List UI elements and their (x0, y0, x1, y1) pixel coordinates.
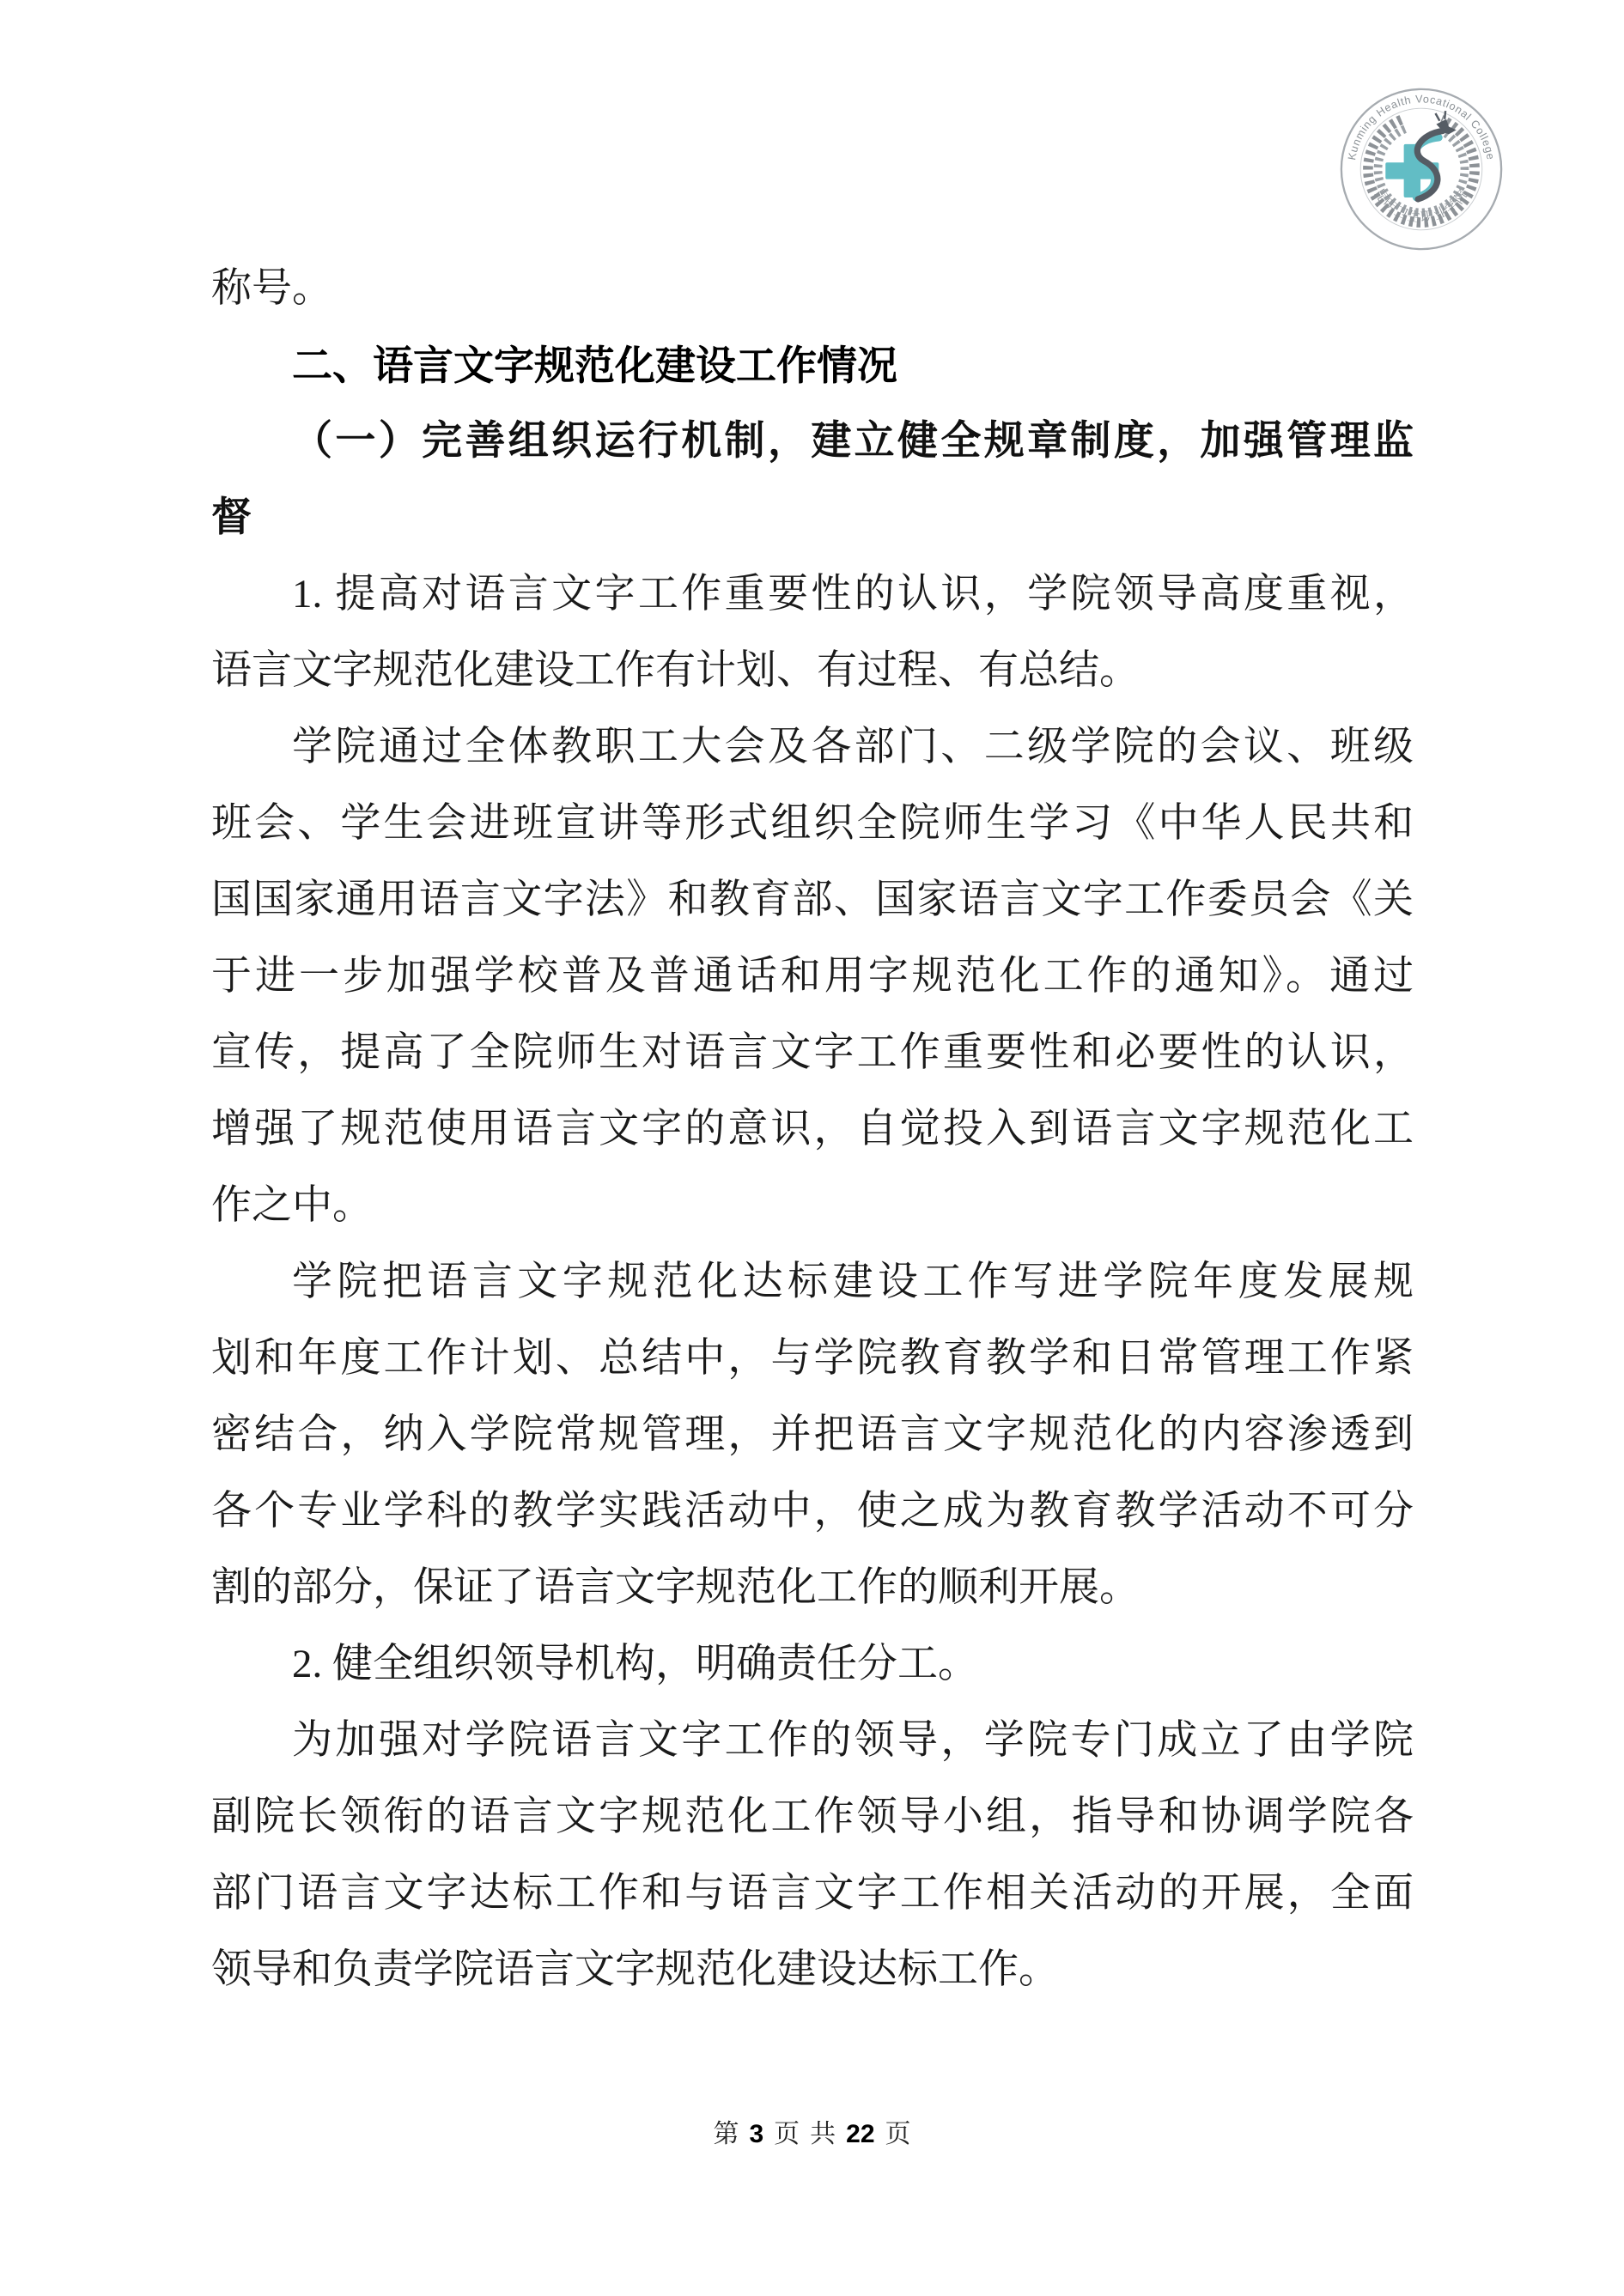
document-body: 称号。二、语言文字规范化建设工作情况（一）完善组织运行机制，建立健全规章制度，加… (211, 251, 1414, 2008)
text-line: 二、语言文字规范化建设工作情况 (211, 327, 1414, 404)
text-line: 称号。 (211, 251, 1414, 327)
paragraph: 学院把语言文字规范化达标建设工作写进学院年度发展规划和年度工作计划、总结中，与学… (211, 1244, 1414, 1626)
text-line: 划和年度工作计划、总结中，与学院教育教学和日常管理工作紧 (211, 1321, 1414, 1397)
subsection-heading: （一）完善组织运行机制，建立健全规章制度，加强管理监督 (211, 404, 1414, 556)
section-heading: 二、语言文字规范化建设工作情况 (211, 327, 1414, 404)
college-logo: Kunming Health Vocational College 昆明卫生职业… (1338, 86, 1505, 252)
footer-prefix: 第 (713, 2120, 739, 2148)
footer-label-total: 共 (810, 2120, 836, 2148)
college-logo-svg: Kunming Health Vocational College 昆明卫生职业… (1338, 86, 1505, 252)
paragraph: 2. 健全组织领导机构，明确责任分工。 (211, 1626, 1414, 1703)
text-line: 2. 健全组织领导机构，明确责任分工。 (211, 1626, 1414, 1703)
text-line: 1. 提高对语言文字工作重要性的认识，学院领导高度重视， (211, 556, 1414, 633)
text-line: 学院通过全体教职工大会及各部门、二级学院的会议、班级 (211, 709, 1414, 786)
paragraph: 1. 提高对语言文字工作重要性的认识，学院领导高度重视，语言文字规范化建设工作有… (211, 556, 1414, 709)
text-line: 学院把语言文字规范化达标建设工作写进学院年度发展规 (211, 1244, 1414, 1321)
text-line: 宣传，提高了全院师生对语言文字工作重要性和必要性的认识， (211, 1015, 1414, 1091)
text-line: 各个专业学科的教学实践活动中，使之成为教育教学活动不可分 (211, 1473, 1414, 1550)
footer-suffix: 页 (885, 2120, 911, 2148)
document-page: Kunming Health Vocational College 昆明卫生职业… (0, 0, 1624, 2296)
text-line: 班会、学生会进班宣讲等形式组织全院师生学习《中华人民共和 (211, 786, 1414, 862)
paragraph: 学院通过全体教职工大会及各部门、二级学院的会议、班级班会、学生会进班宣讲等形式组… (211, 709, 1414, 1244)
text-line: 语言文字规范化建设工作有计划、有过程、有总结。 (211, 633, 1414, 709)
text-line: 领导和负责学院语言文字规范化建设达标工作。 (211, 1932, 1414, 2008)
text-line: 国国家通用语言文字法》和教育部、国家语言文字工作委员会《关 (211, 862, 1414, 938)
text-line: 部门语言文字达标工作和与语言文字工作相关活动的开展，全面 (211, 1856, 1414, 1932)
text-line: 割的部分，保证了语言文字规范化工作的顺利开展。 (211, 1550, 1414, 1626)
text-line: 督 (211, 480, 1414, 556)
text-line: 于进一步加强学校普及普通话和用字规范化工作的通知》。通过 (211, 938, 1414, 1015)
page-footer: 第3页共22页 (0, 2117, 1624, 2152)
text-line: 副院长领衔的语言文字规范化工作领导小组，指导和协调学院各 (211, 1779, 1414, 1856)
total-pages: 22 (846, 2120, 874, 2148)
paragraph: 为加强对学院语言文字工作的领导，学院专门成立了由学院副院长领衔的语言文字规范化工… (211, 1703, 1414, 2008)
text-line: （一）完善组织运行机制，建立健全规章制度，加强管理监 (211, 404, 1414, 480)
text-line: 增强了规范使用语言文字的意识，自觉投入到语言文字规范化工 (211, 1091, 1414, 1168)
page-number: 3 (749, 2120, 763, 2148)
paragraph: 称号。 (211, 251, 1414, 327)
text-line: 作之中。 (211, 1168, 1414, 1244)
footer-label-page: 页 (774, 2120, 800, 2148)
text-line: 为加强对学院语言文字工作的领导，学院专门成立了由学院 (211, 1703, 1414, 1779)
text-line: 密结合，纳入学院常规管理，并把语言文字规范化的内容渗透到 (211, 1397, 1414, 1473)
